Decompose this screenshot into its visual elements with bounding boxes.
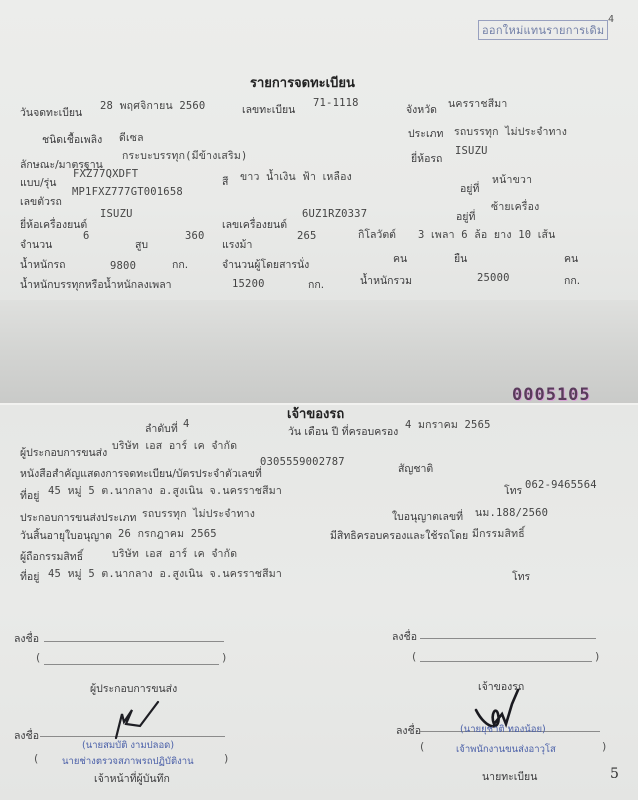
operator-address: 45 หมู่ 5 ต.นากลาง อ.สูงเนิน จ.นครราชสีม…: [48, 482, 282, 499]
close-paren-4: ): [602, 740, 606, 753]
color-label: สี: [222, 173, 228, 190]
persons-unit-2: คน: [564, 250, 578, 267]
color: ขาว น้ำเงิน ฟ้า เหลือง: [240, 168, 352, 185]
doc-number: 0305559002787: [260, 456, 345, 468]
open-paren-4: (: [420, 740, 424, 753]
close-paren-3: ): [224, 752, 228, 765]
owner-address: 45 หมู่ 5 ต.นากลาง อ.สูงเนิน จ.นครราชสีม…: [48, 565, 282, 582]
operator-signature-line: [44, 641, 224, 642]
fuel-label: ชนิดเชื้อเพลิง: [42, 131, 102, 148]
operator-role: ผู้ประกอบการขนส่ง: [90, 680, 177, 697]
standing-label: ยืน: [454, 250, 467, 267]
total-weight: 25000: [477, 272, 510, 284]
open-paren-2: (: [412, 650, 416, 663]
type-label: ประเภท: [408, 125, 443, 142]
open-paren-3: (: [34, 752, 38, 765]
license-expiry-label: วันสิ้นอายุใบอนุญาต: [20, 527, 112, 544]
nationality-label: สัญชาติ: [398, 460, 433, 477]
sign-label-registrar: ลงชื่อ: [396, 722, 421, 739]
license-number: นม.188/2560: [475, 504, 548, 521]
order-number: 4: [183, 418, 190, 430]
kg-unit-2: กก.: [308, 276, 324, 293]
engine-number: 6UZ1RZ0337: [302, 208, 367, 220]
owner-label: ผู้ถือกรรมสิทธิ์: [20, 548, 83, 565]
reg-date: 28 พฤศจิกายน 2560: [100, 97, 205, 114]
load-weight: 15200: [232, 278, 265, 290]
kg-unit: กก.: [172, 256, 188, 273]
model: FXZ77QXDFT: [73, 168, 138, 180]
kilowatt-label: กิโลวัตต์: [358, 226, 396, 243]
license-expiry: 26 กรกฎาคม 2565: [118, 525, 217, 542]
kg-unit-3: กก.: [564, 272, 580, 289]
chassis-number: MP1FXZ777GT001658: [72, 186, 183, 198]
engine-location-label: อยู่ที่: [456, 208, 475, 225]
owner-name-line: [420, 661, 592, 662]
province-label: จังหวัด: [406, 101, 437, 118]
operator-phone: 062-9465564: [525, 479, 597, 491]
engine-cc: 360: [185, 230, 205, 242]
owner-section-title: เจ้าของรถ: [287, 403, 344, 424]
province: นครราชสีมา: [448, 95, 508, 112]
chassis-label: เลขตัวรถ: [20, 193, 62, 210]
horsepower: 265: [297, 230, 317, 242]
vehicle-weight-label: น้ำหนักรถ: [20, 256, 66, 273]
total-weight-label: น้ำหนักรวม: [360, 272, 412, 289]
phone-label: โทร: [504, 482, 522, 499]
fuel: ดีเซล: [119, 129, 144, 146]
open-paren: (: [36, 651, 40, 664]
engine-brand: ISUZU: [100, 208, 133, 220]
possession-date: 4 มกราคม 2565: [405, 416, 491, 433]
close-paren-2: ): [595, 650, 599, 663]
sign-label-officer: ลงชื่อ: [14, 727, 39, 744]
owner-phone-label: โทร: [512, 568, 530, 585]
business-type-label: ประกอบการขนส่งประเภท: [20, 509, 136, 526]
serial-number: 0005105: [512, 385, 591, 405]
sign-label-owner: ลงชื่อ: [392, 628, 417, 645]
owner-address-label: ที่อยู่: [20, 568, 39, 585]
doc-number-label: หนังสือสำคัญแสดงการจดทะเบียน/บัตรประจำตั…: [20, 465, 262, 482]
load-weight-label: น้ำหนักบรรทุกหรือน้ำหนักลงเพลา: [20, 276, 172, 293]
vehicle-type: รถบรรทุก ไม่ประจำทาง: [454, 123, 567, 140]
rights-label: มีสิทธิครอบครองและใช้รถโดย: [330, 527, 468, 544]
operator-name: บริษัท เอส อาร์ เค จำกัด: [112, 437, 237, 454]
operator-label: ผู้ประกอบการขนส่ง: [20, 444, 107, 461]
axle-wheels: 3 เพลา 6 ล้อ ยาง 10 เส้น: [418, 226, 556, 243]
cylinder-label: สูบ: [135, 236, 148, 253]
brand-label: ยี่ห้อรถ: [411, 150, 442, 167]
count-label: จำนวน: [20, 236, 52, 253]
persons-unit: คน: [393, 250, 407, 267]
vehicle-weight: 9800: [110, 260, 136, 272]
horsepower-label: แรงม้า: [222, 236, 252, 253]
style: กระบะบรรทุก(มีข้างเสริม): [122, 147, 248, 164]
cylinders: 6: [83, 230, 90, 242]
registrar-title: เจ้าพนักงานขนส่งอาวุโส: [456, 742, 556, 757]
chassis-location-label: อยู่ที่: [460, 180, 479, 197]
reg-no-label: เลขทะเบียน: [242, 101, 295, 118]
rights-value: มีกรรมสิทธิ์: [472, 525, 525, 542]
stamp-number: 4: [608, 14, 614, 25]
engine-brand-label: ยี่ห้อเครื่องยนต์: [20, 216, 87, 233]
order-label: ลำดับที่: [145, 420, 178, 437]
business-type: รถบรรทุก ไม่ประจำทาง: [142, 505, 255, 522]
seated-passengers-label: จำนวนผู้โดยสารนั่ง: [222, 256, 309, 273]
owner-signature-line: [420, 638, 596, 639]
page-number: 5: [610, 766, 619, 782]
operator-name-line: [44, 664, 219, 665]
engine-no-label: เลขเครื่องยนต์: [222, 216, 287, 233]
reg-date-label: วันจดทะเบียน: [20, 104, 82, 121]
sign-label-operator: ลงชื่อ: [14, 630, 39, 647]
page-title: รายการจดทะเบียน: [250, 72, 355, 93]
brand: ISUZU: [455, 145, 488, 157]
registration-page: ออกใหม่แทนรายการเดิม 4 รายการจดทะเบียน ว…: [0, 0, 638, 340]
license-number-label: ใบอนุญาตเลขที่: [392, 508, 463, 525]
close-paren: ): [222, 651, 226, 664]
officer-role: เจ้าหน้าที่ผู้บันทึก: [94, 770, 170, 787]
owner-name: บริษัท เอส อาร์ เค จำกัด: [112, 545, 237, 562]
registrar-role: นายทะเบียน: [482, 768, 537, 785]
reissue-stamp: ออกใหม่แทนรายการเดิม: [478, 20, 608, 40]
possession-date-label: วัน เดือน ปี ที่ครอบครอง: [288, 423, 398, 440]
officer-title: นายช่างตรวจสภาพรถปฏิบัติงาน: [62, 754, 194, 769]
officer-name: (นายสมบัติ งามปลอด): [82, 738, 174, 753]
officer-signature: [112, 700, 162, 740]
address-label: ที่อยู่: [20, 487, 39, 504]
chassis-location: หน้าขวา: [492, 171, 532, 188]
model-label: แบบ/รุ่น: [20, 174, 56, 191]
engine-location: ซ้ายเครื่อง: [491, 198, 539, 215]
reg-no: 71-1118: [313, 97, 359, 109]
registrar-name: (นายยุชาติ ทองน้อย): [460, 722, 546, 737]
